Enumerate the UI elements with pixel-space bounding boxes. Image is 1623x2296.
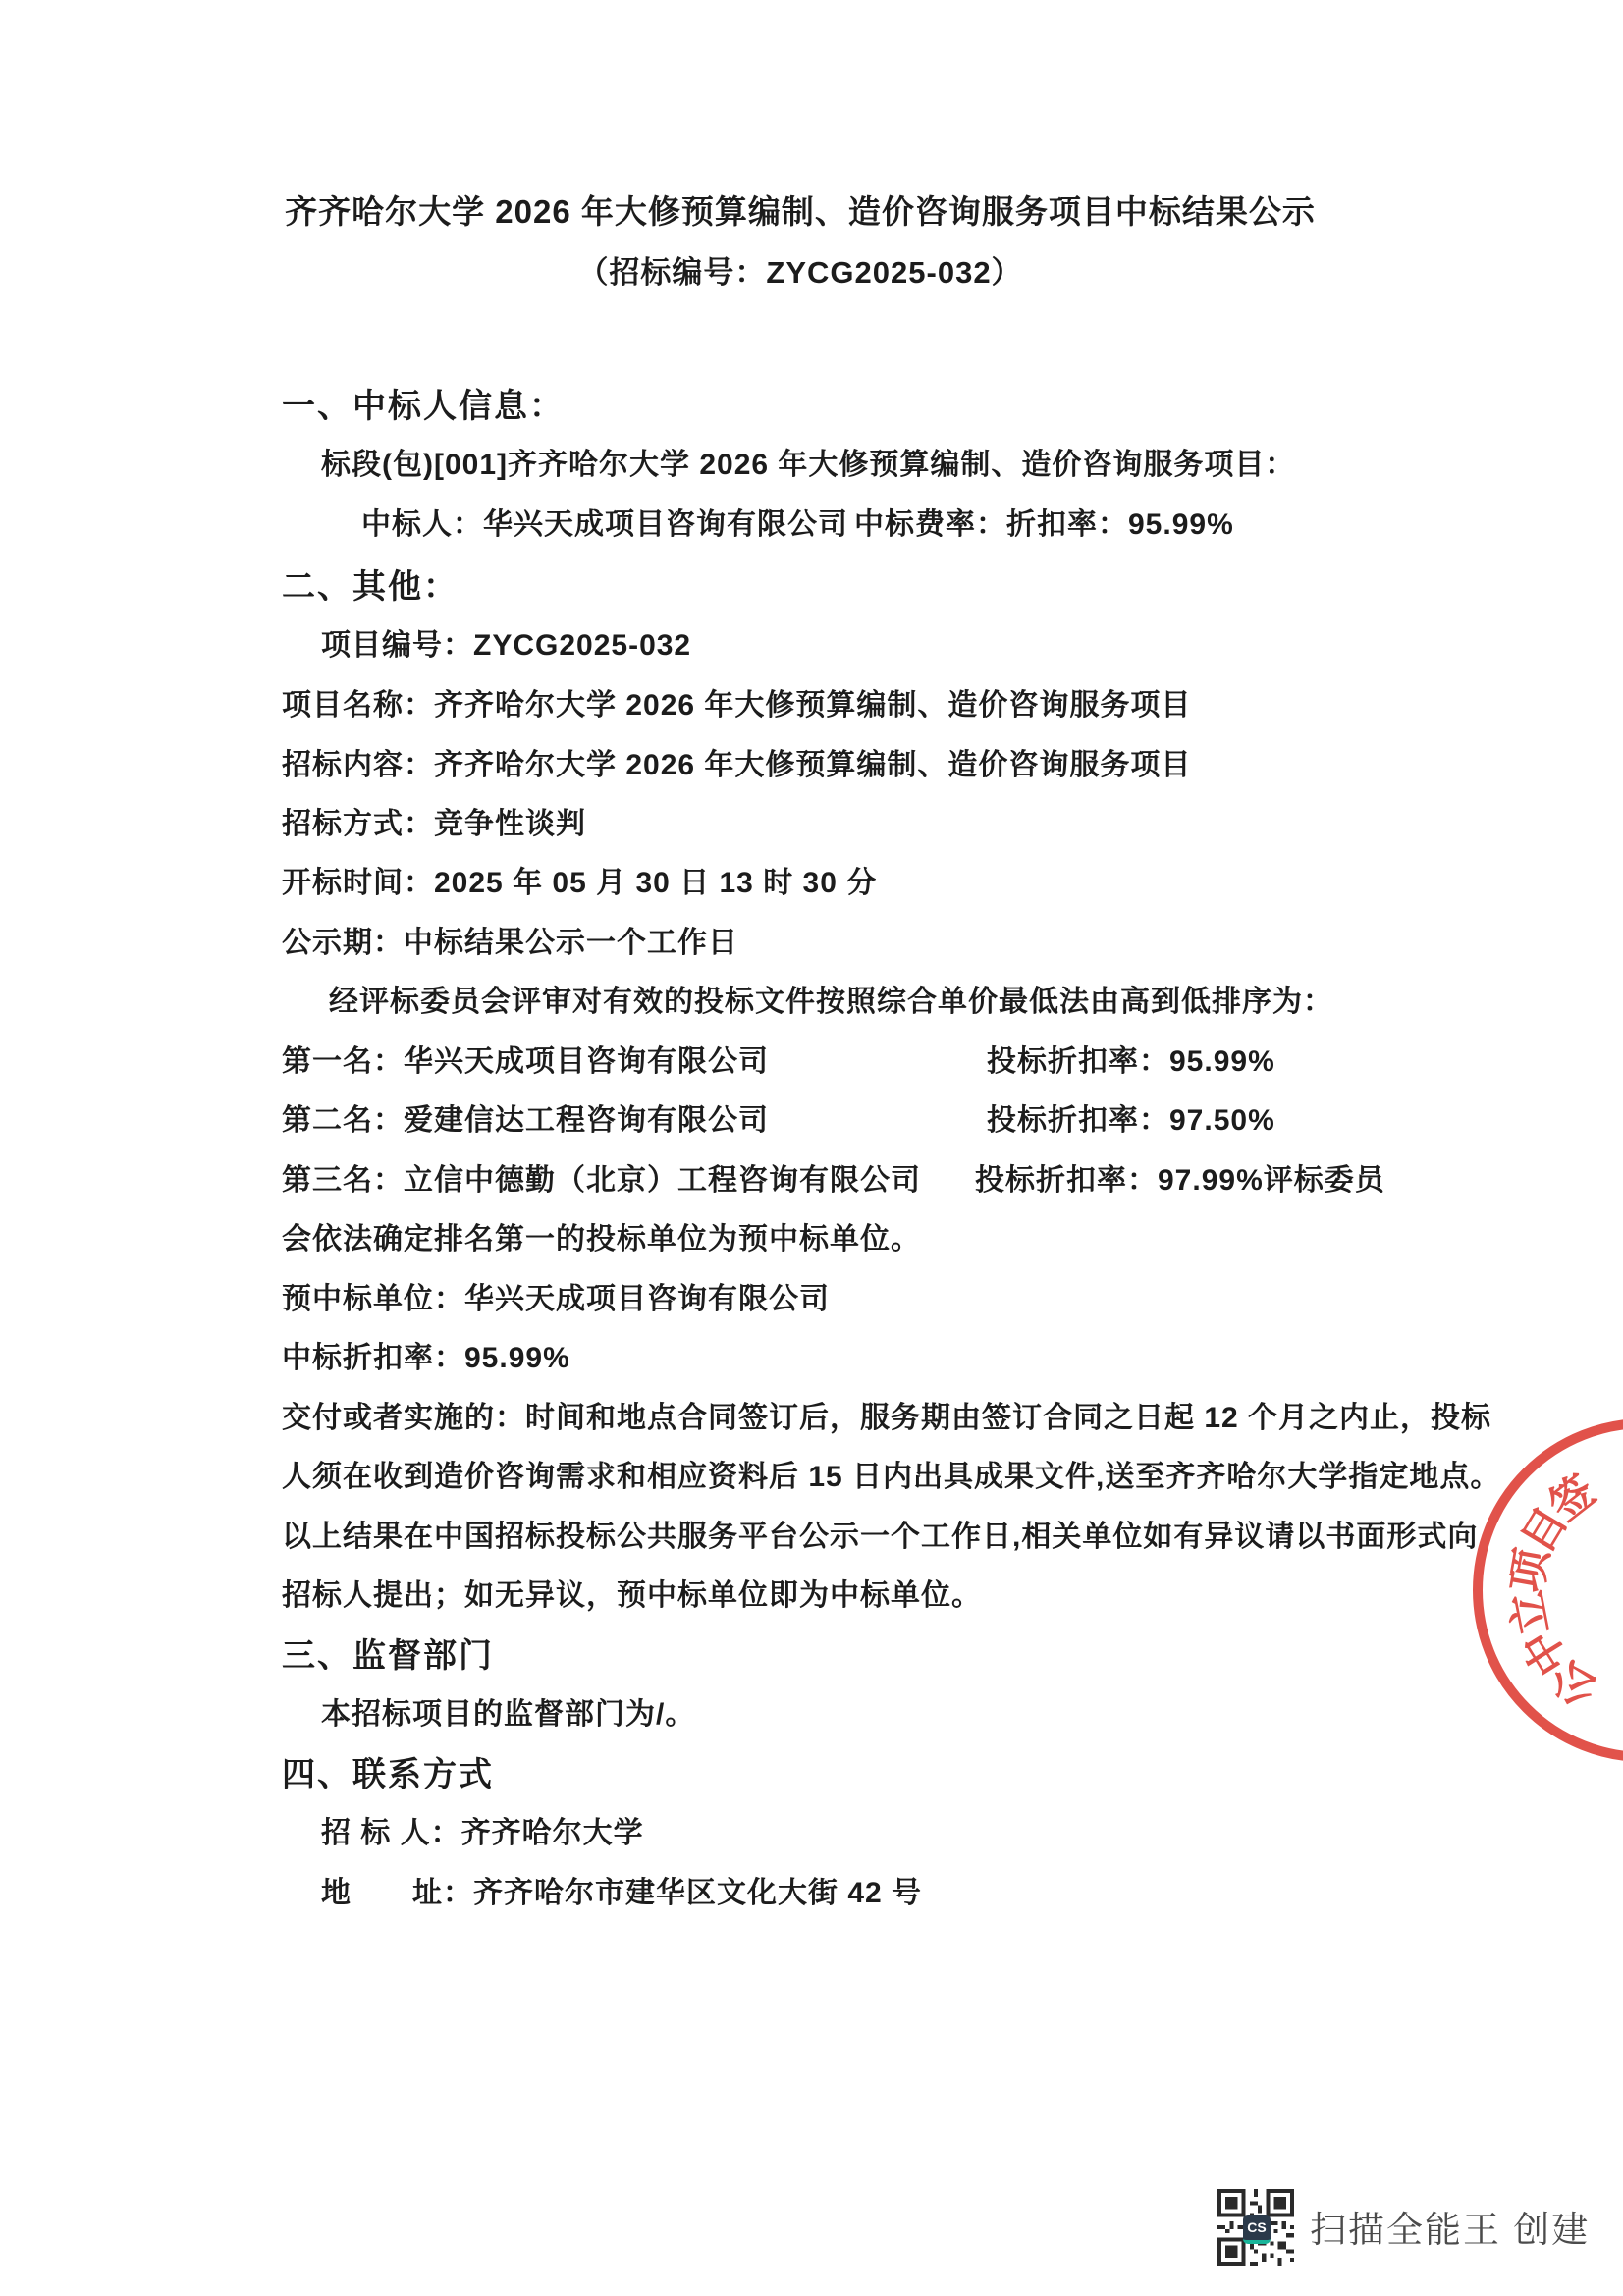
doc-subtitle: （招标编号：ZYCG2025-032） (282, 254, 1319, 292)
pre-winner-line: 预中标单位：华兴天成项目咨询有限公司 (282, 1282, 830, 1317)
delivery-line-4: 招标人提出；如无异议，预中标单位即为中标单位。 (282, 1578, 982, 1614)
committee-line: 会依法确定排名第一的投标单位为预中标单位。 (282, 1222, 921, 1257)
scanned-document-page: 齐齐哈尔大学 2026 年大修预算编制、造价咨询服务项目中标结果公示 （招标编号… (0, 0, 1623, 2296)
bid-open-time-line: 开标时间：2025 年 05 月 30 日 13 时 30 分 (282, 866, 877, 901)
cs-logo-badge: CS (1243, 2215, 1271, 2244)
tender-method-line: 招标方式：竞争性谈判 (282, 807, 586, 842)
delivery-line-2: 人须在收到造价咨询需求和相应资料后 15 日内出具成果文件,送至齐齐哈尔大学指定… (282, 1460, 1500, 1495)
rank1-name: 第一名：华兴天成项目咨询有限公司 (282, 1044, 769, 1080)
section2-heading: 二、其他： (282, 568, 459, 606)
winner-line: 中标人：华兴天成项目咨询有限公司 (361, 507, 848, 543)
tender-content-line: 招标内容：齐齐哈尔大学 2026 年大修预算编制、造价咨询服务项目 (282, 748, 1191, 783)
project-number-line: 项目编号：ZYCG2025-032 (321, 628, 691, 664)
section1-heading: 一、中标人信息： (282, 388, 565, 425)
rank3-name: 第三名：立信中德勤（北京）工程咨询有限公司 (282, 1163, 921, 1199)
camscanner-watermark: 扫描全能王 创建 (1310, 2211, 1590, 2250)
supervision-line: 本招标项目的监督部门为/。 (321, 1697, 695, 1733)
section4-heading: 四、联系方式 (282, 1756, 494, 1793)
project-name-line: 项目名称：齐齐哈尔大学 2026 年大修预算编制、造价咨询服务项目 (282, 688, 1191, 723)
delivery-line-1: 交付或者实施的：时间和地点合同签订后，服务期由签订合同之日起 12 个月之内止，… (282, 1401, 1491, 1436)
lot-line: 标段(包)[001]齐齐哈尔大学 2026 年大修预算编制、造价咨询服务项目： (321, 448, 1295, 483)
rank2-rate: 投标折扣率：97.50% (987, 1103, 1275, 1139)
section3-heading: 三、监督部门 (282, 1637, 494, 1675)
rank3-rate: 投标折扣率：97.99%评标委员 (975, 1163, 1385, 1199)
winner-rate: 中标费率：折扣率：95.99% (854, 507, 1234, 543)
rank2-name: 第二名：爱建信达工程咨询有限公司 (282, 1103, 769, 1139)
win-discount-line: 中标折扣率：95.99% (282, 1341, 570, 1376)
publicity-period-line: 公示期：中标结果公示一个工作日 (282, 926, 738, 961)
rank1-rate: 投标折扣率：95.99% (987, 1044, 1275, 1080)
bidder-line: 招 标 人：齐齐哈尔大学 (321, 1816, 644, 1851)
address-line: 地 址：齐齐哈尔市建华区文化大街 42 号 (321, 1876, 922, 1911)
red-seal-stamp: 签目项立中公 (1473, 1418, 1623, 1762)
ranking-intro-line: 经评标委员会评审对有效的投标文件按照综合单价最低法由高到低排序为： (329, 985, 1333, 1020)
doc-title: 齐齐哈尔大学 2026 年大修预算编制、造价咨询服务项目中标结果公示 (282, 193, 1319, 231)
delivery-line-3: 以上结果在中国招标投标公共服务平台公示一个工作日,相关单位如有异议请以书面形式向 (282, 1520, 1478, 1555)
